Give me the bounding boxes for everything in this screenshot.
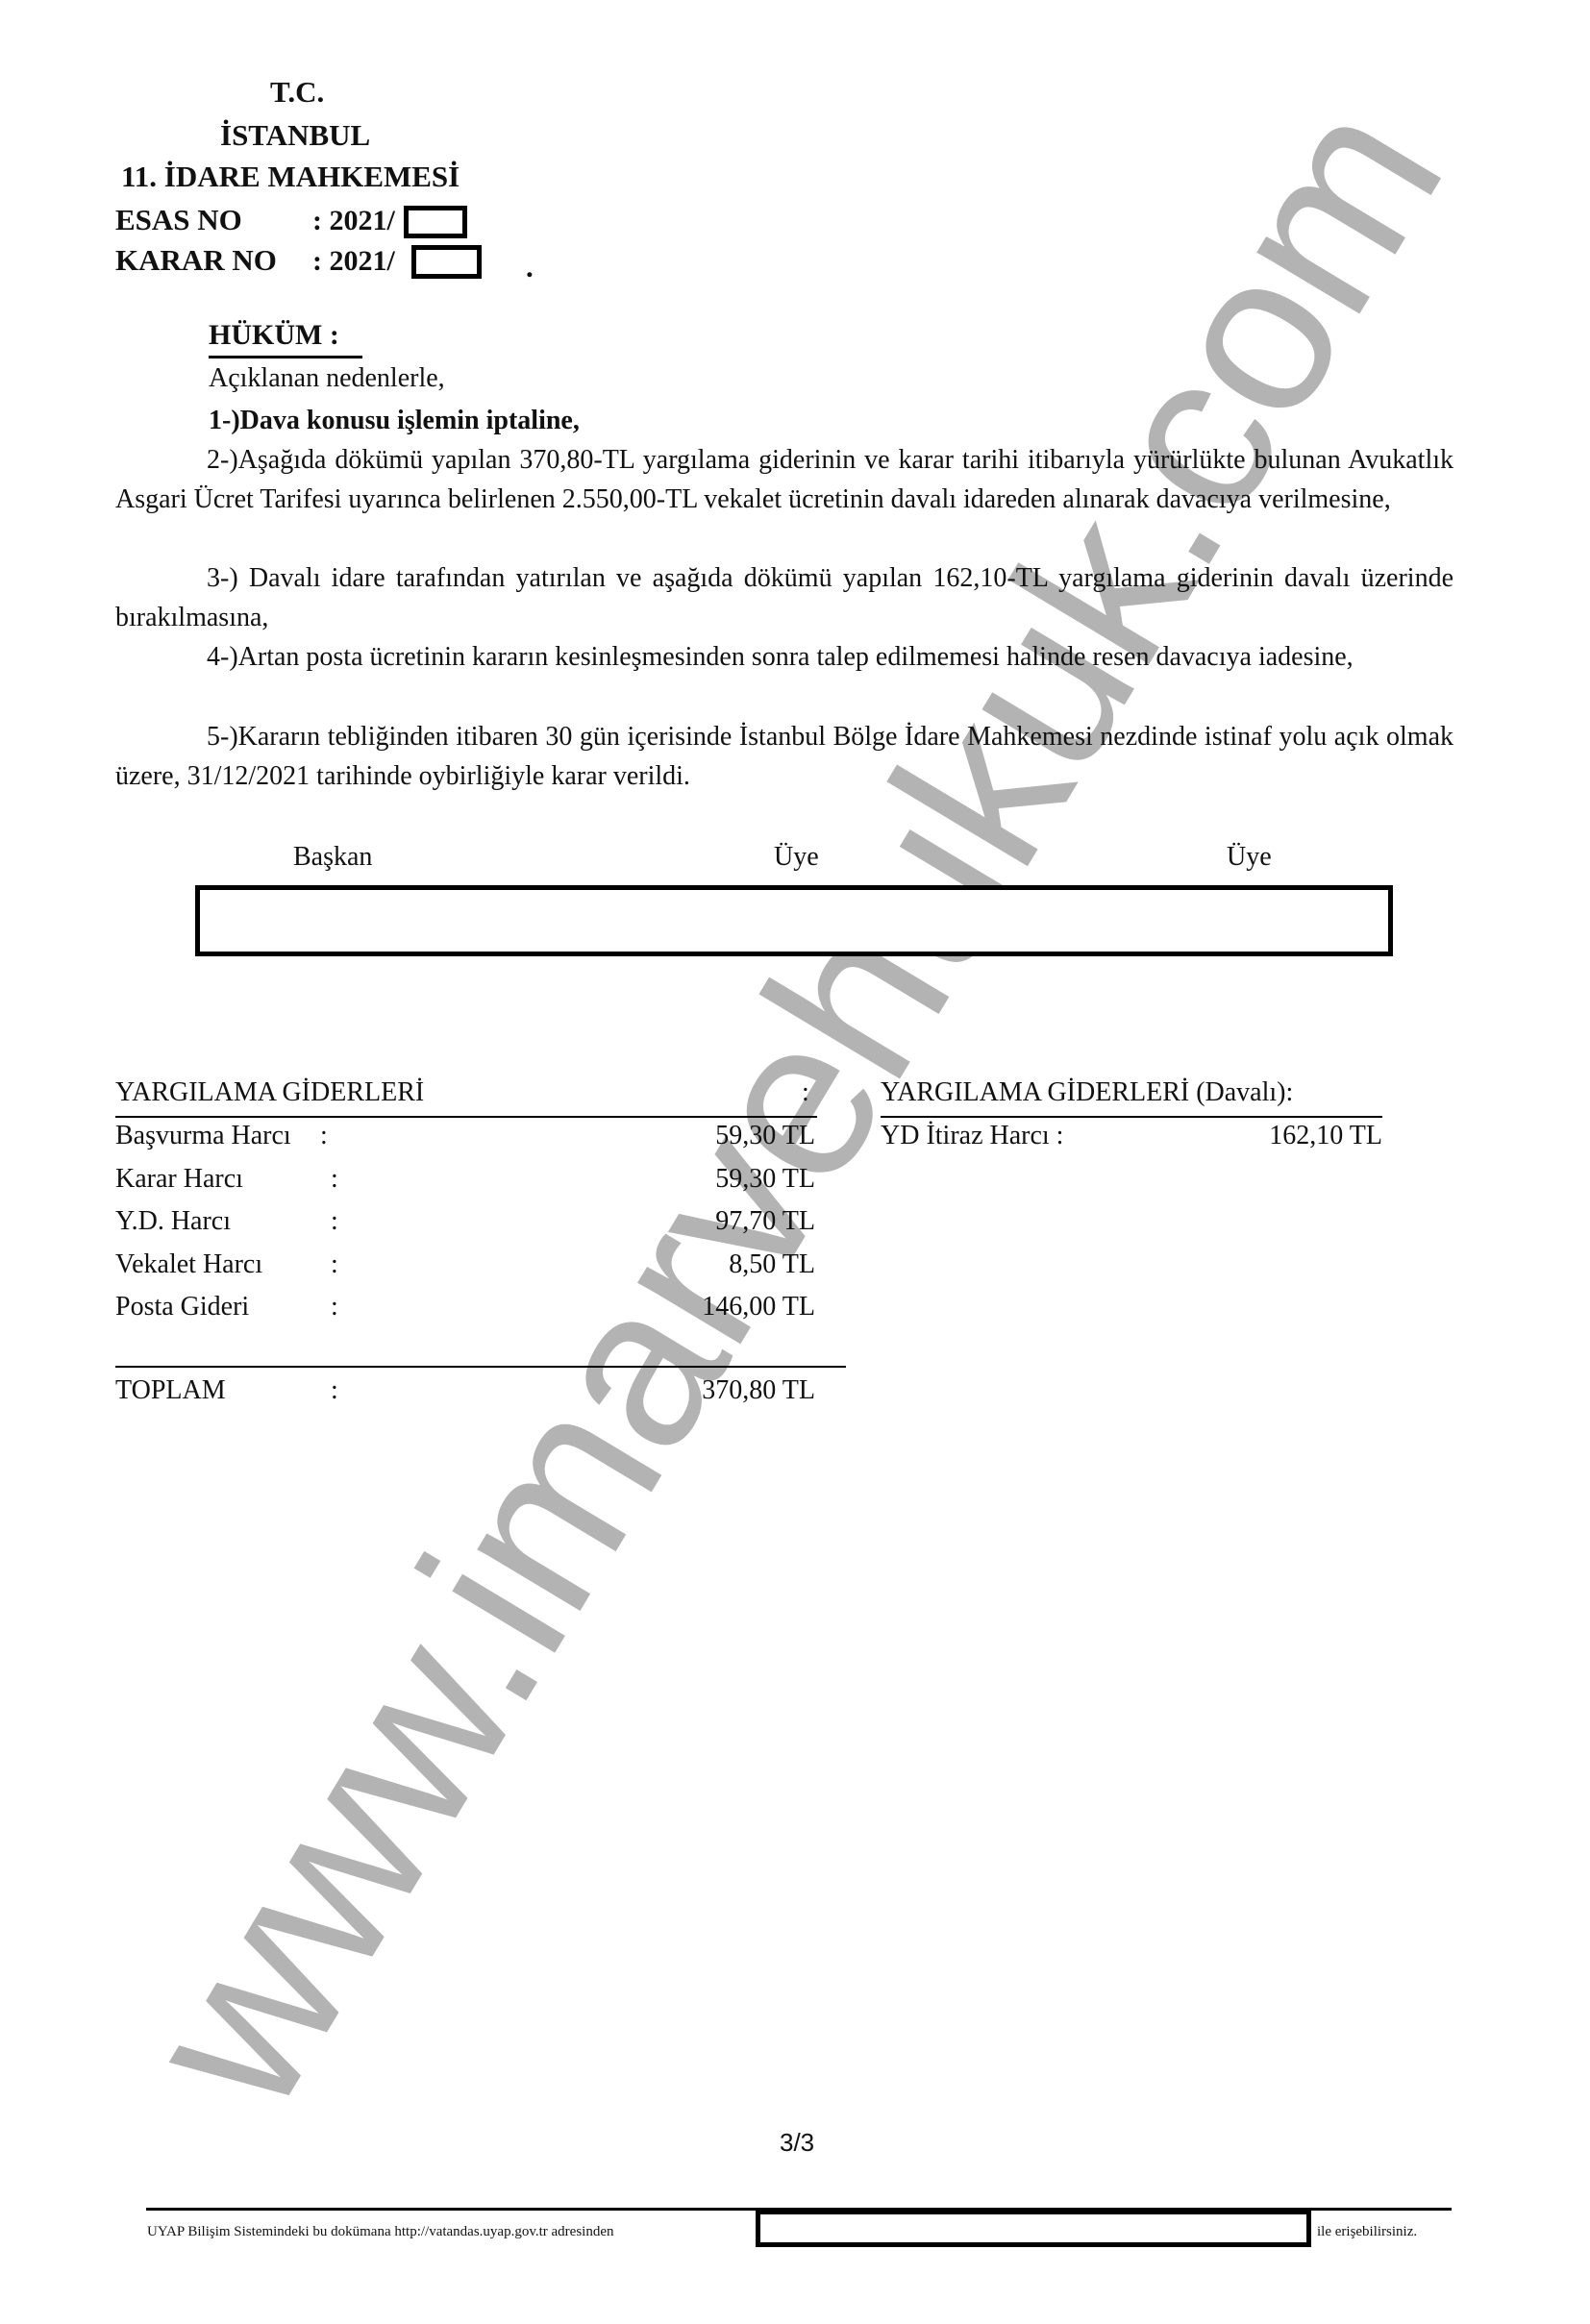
hukum-item-4: 4-)Artan posta ücretinin kararın kesinle… xyxy=(115,637,1453,677)
cost-row-sep: : xyxy=(320,1123,328,1150)
hukum-item-2: 2-)Aşağıda dökümü yapılan 370,80-TL yarg… xyxy=(115,440,1453,519)
header-country: T.C. xyxy=(270,77,324,107)
header-city: İSTANBUL xyxy=(220,120,370,150)
hukum-underline xyxy=(209,356,362,358)
hukum-intro: Açıklanan nedenlerle, xyxy=(209,365,445,392)
karar-no-label: KARAR NO xyxy=(115,245,277,275)
cost-row-value: 59,30 TL xyxy=(577,1123,815,1150)
signature-president-label: Başkan xyxy=(293,844,372,871)
costs-defendant-title: YARGILAMA GİDERLERİ (Davalı): xyxy=(881,1079,1293,1106)
costs-defendant-row-label: YD İtiraz Harcı : xyxy=(881,1123,1063,1150)
cost-row-label: Karar Harcı xyxy=(115,1166,243,1193)
karar-no-dot: . xyxy=(526,252,534,282)
costs-total-divider xyxy=(115,1366,846,1368)
cost-row-label: Y.D. Harcı xyxy=(115,1208,231,1235)
cost-row-value: 97,70 TL xyxy=(577,1208,815,1235)
costs-defendant-underline xyxy=(881,1116,1382,1118)
costs-total-value: 370,80 TL xyxy=(577,1377,815,1404)
costs-title-colon: : xyxy=(802,1079,809,1106)
footer-text-before: UYAP Bilişim Sistemindeki bu dokümana ht… xyxy=(147,2224,614,2240)
cost-row-sep: : xyxy=(331,1166,338,1193)
header-court: 11. İDARE MAHKEMESİ xyxy=(121,161,460,191)
signature-redaction xyxy=(195,885,1393,956)
esas-no-value: : 2021/ xyxy=(312,207,395,235)
cost-row-sep: : xyxy=(331,1208,338,1235)
costs-title: YARGILAMA GİDERLERİ xyxy=(115,1079,424,1106)
cost-row-label: Başvurma Harcı xyxy=(115,1123,291,1150)
cost-row-sep: : xyxy=(331,1251,338,1278)
cost-row-value: 59,30 TL xyxy=(577,1166,815,1193)
hukum-item-1: 1-)Dava konusu işlemin iptaline, xyxy=(209,408,580,434)
hukum-item-3: 3-) Davalı idare tarafından yatırılan ve… xyxy=(115,558,1453,637)
cost-row-value: 146,00 TL xyxy=(577,1294,815,1321)
costs-total-label: TOPLAM xyxy=(115,1377,226,1404)
esas-no-redaction xyxy=(404,206,467,238)
karar-no-value: : 2021/ xyxy=(312,247,395,276)
costs-title-underline xyxy=(115,1116,817,1118)
page-number: 3/3 xyxy=(780,2128,814,2158)
costs-total-sep: : xyxy=(331,1377,338,1404)
footer-redaction xyxy=(756,2210,1311,2247)
cost-row-sep: : xyxy=(331,1294,338,1321)
signature-member1-label: Üye xyxy=(774,844,819,871)
cost-row-label: Vekalet Harcı xyxy=(115,1251,262,1278)
esas-no-label: ESAS NO xyxy=(115,205,242,235)
cost-row-label: Posta Gideri xyxy=(115,1294,249,1321)
signature-member2-label: Üye xyxy=(1227,844,1272,871)
esas-no-prefix: : 2021/ xyxy=(312,205,395,236)
hukum-title: HÜKÜM : xyxy=(209,321,339,350)
karar-no-redaction xyxy=(411,245,482,279)
cost-row-value: 8,50 TL xyxy=(577,1251,815,1278)
hukum-item-5: 5-)Kararın tebliğinden itibaren 30 gün i… xyxy=(115,717,1453,796)
karar-no-prefix: : 2021/ xyxy=(312,245,395,277)
footer-text-after: ile erişebilirsiniz. xyxy=(1317,2224,1417,2240)
costs-defendant-row-value: 162,10 TL xyxy=(1154,1123,1382,1150)
